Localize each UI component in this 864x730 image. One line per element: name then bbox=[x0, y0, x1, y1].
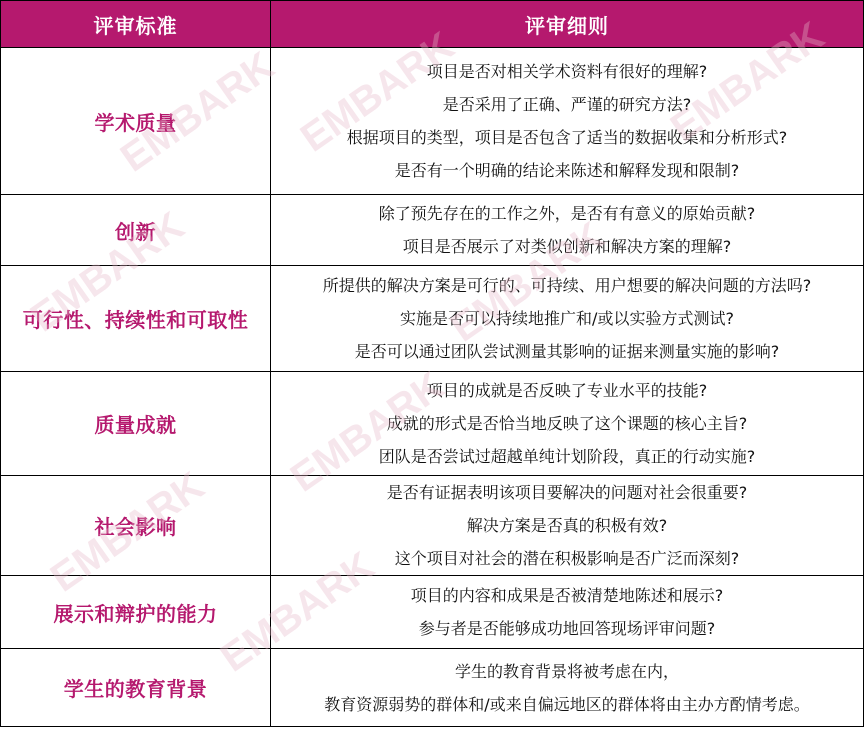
detail-line: 所提供的解决方案是可行的、可持续、用户想要的解决问题的方法吗? bbox=[271, 269, 863, 302]
table-row-feasibility: 可行性、持续性和可取性 所提供的解决方案是可行的、可持续、用户想要的解决问题的方… bbox=[1, 266, 864, 372]
detail-line: 解决方案是否真的积极有效? bbox=[271, 509, 863, 542]
header-details: 评审细则 bbox=[271, 1, 864, 48]
header-row: 评审标准 评审细则 bbox=[1, 1, 864, 48]
detail-line: 项目是否展示了对类似创新和解决方案的理解? bbox=[271, 230, 863, 263]
detail-line: 参与者是否能够成功地回答现场评审问题? bbox=[271, 612, 863, 645]
criterion-cell: 学术质量 bbox=[1, 48, 271, 195]
detail-line: 这个项目对社会的潜在积极影响是否广泛而深刻? bbox=[271, 542, 863, 575]
table-row-social-impact: 社会影响 是否有证据表明该项目要解决的问题对社会很重要? 解决方案是否真的积极有… bbox=[1, 476, 864, 576]
detail-line: 是否有证据表明该项目要解决的问题对社会很重要? bbox=[271, 476, 863, 509]
detail-line: 项目的内容和成果是否被清楚地陈述和展示? bbox=[271, 579, 863, 612]
detail-line: 项目的成就是否反映了专业水平的技能? bbox=[271, 374, 863, 407]
detail-line: 实施是否可以持续地推广和/或以实验方式测试? bbox=[271, 302, 863, 335]
details-cell: 学生的教育背景将被考虑在内， 教育资源弱势的群体和/或来自偏远地区的群体将由主办… bbox=[271, 649, 864, 727]
table-row-innovation: 创新 除了预先存在的工作之外，是否有有意义的原始贡献? 项目是否展示了对类似创新… bbox=[1, 195, 864, 266]
criterion-cell: 社会影响 bbox=[1, 476, 271, 576]
table-row-presentation: 展示和辩护的能力 项目的内容和成果是否被清楚地陈述和展示? 参与者是否能够成功地… bbox=[1, 576, 864, 649]
detail-line: 除了预先存在的工作之外，是否有有意义的原始贡献? bbox=[271, 197, 863, 230]
detail-line: 是否有一个明确的结论来陈述和解释发现和限制? bbox=[271, 154, 863, 187]
detail-line: 根据项目的类型，项目是否包含了适当的数据收集和分析形式? bbox=[271, 121, 863, 154]
header-criteria: 评审标准 bbox=[1, 1, 271, 48]
criterion-cell: 创新 bbox=[1, 195, 271, 266]
table-row-academic-quality: 学术质量 项目是否对相关学术资料有很好的理解? 是否采用了正确、严谨的研究方法?… bbox=[1, 48, 864, 195]
details-cell: 是否有证据表明该项目要解决的问题对社会很重要? 解决方案是否真的积极有效? 这个… bbox=[271, 476, 864, 576]
detail-line: 学生的教育背景将被考虑在内， bbox=[271, 655, 863, 688]
details-cell: 所提供的解决方案是可行的、可持续、用户想要的解决问题的方法吗? 实施是否可以持续… bbox=[271, 266, 864, 372]
details-cell: 项目的内容和成果是否被清楚地陈述和展示? 参与者是否能够成功地回答现场评审问题? bbox=[271, 576, 864, 649]
criterion-cell: 可行性、持续性和可取性 bbox=[1, 266, 271, 372]
criterion-cell: 展示和辩护的能力 bbox=[1, 576, 271, 649]
detail-line: 是否采用了正确、严谨的研究方法? bbox=[271, 88, 863, 121]
table-row-quality-achievement: 质量成就 项目的成就是否反映了专业水平的技能? 成就的形式是否恰当地反映了这个课… bbox=[1, 372, 864, 476]
detail-line: 成就的形式是否恰当地反映了这个课题的核心主旨? bbox=[271, 407, 863, 440]
detail-line: 教育资源弱势的群体和/或来自偏远地区的群体将由主办方酌情考虑。 bbox=[271, 688, 863, 721]
criterion-cell: 质量成就 bbox=[1, 372, 271, 476]
criterion-cell: 学生的教育背景 bbox=[1, 649, 271, 727]
detail-line: 团队是否尝试过超越单纯计划阶段，真正的行动实施? bbox=[271, 440, 863, 473]
table-row-education-background: 学生的教育背景 学生的教育背景将被考虑在内， 教育资源弱势的群体和/或来自偏远地… bbox=[1, 649, 864, 727]
rubric-table: 评审标准 评审细则 学术质量 项目是否对相关学术资料有很好的理解? 是否采用了正… bbox=[0, 0, 864, 727]
details-cell: 项目是否对相关学术资料有很好的理解? 是否采用了正确、严谨的研究方法? 根据项目… bbox=[271, 48, 864, 195]
details-cell: 项目的成就是否反映了专业水平的技能? 成就的形式是否恰当地反映了这个课题的核心主… bbox=[271, 372, 864, 476]
detail-line: 项目是否对相关学术资料有很好的理解? bbox=[271, 55, 863, 88]
details-cell: 除了预先存在的工作之外，是否有有意义的原始贡献? 项目是否展示了对类似创新和解决… bbox=[271, 195, 864, 266]
detail-line: 是否可以通过团队尝试测量其影响的证据来测量实施的影响? bbox=[271, 335, 863, 368]
